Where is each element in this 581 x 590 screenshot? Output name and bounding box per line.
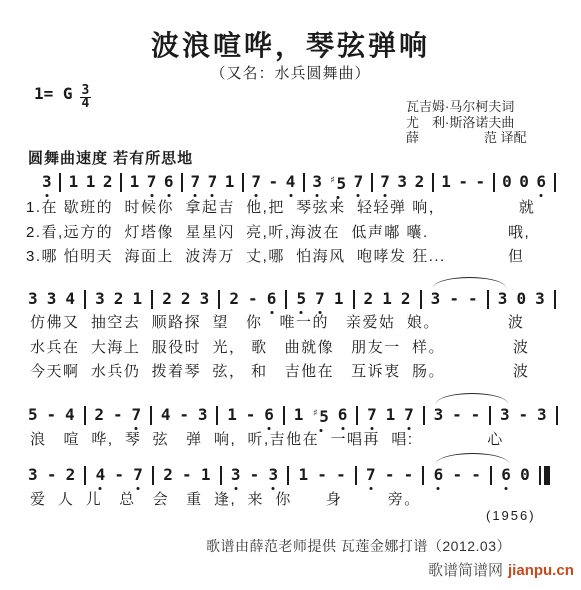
duration-dash: -: [179, 405, 189, 425]
rest-note: 0: [516, 289, 526, 309]
watermark-domain: jianpu.cn: [508, 562, 574, 579]
note: 3: [498, 289, 508, 309]
note: 7: [133, 465, 143, 485]
duration-dash: -: [468, 289, 478, 309]
barline: [120, 173, 122, 192]
note: 2: [66, 465, 76, 485]
note: 2: [94, 405, 104, 425]
note: 4: [96, 465, 106, 485]
note: 1: [201, 465, 211, 485]
note: 3: [198, 405, 208, 425]
time-signature: 34: [80, 85, 92, 110]
barline: [285, 290, 287, 309]
lyric-line-verse1: 1.在 歇班的 时候你 拿起吉 他,把 琴弦来 轻轻弹 响， 就: [26, 196, 571, 217]
note: 1: [334, 289, 344, 309]
note: 2: [401, 289, 411, 309]
duration-dash: -: [471, 405, 481, 425]
note: 7: [190, 172, 200, 192]
note: 7: [251, 172, 261, 192]
note: 1: [130, 172, 140, 192]
note: 3: [434, 405, 444, 425]
barline: [487, 290, 489, 309]
watermark-site-name: 歌谱简谱网: [428, 562, 503, 579]
note: 3: [268, 465, 278, 485]
note: 2: [114, 289, 124, 309]
watermark: 歌谱简谱网jianpu.cn: [428, 559, 574, 580]
lyric-line-refrain2: 爱 人 儿 总 会 重 逢, 来 你 身 旁。: [30, 488, 575, 509]
note: 3: [231, 465, 241, 485]
duration-dash: -: [250, 465, 260, 485]
sheet-music-page: 波浪喧哗，琴弦弹响 （又名：水兵圆舞曲） 1= G34 瓦吉姆·马尔柯夫词 尤 …: [0, 0, 581, 590]
duration-dash: -: [452, 405, 462, 425]
slur-arc: [436, 453, 509, 464]
sharp-sign: ♯: [312, 408, 318, 419]
note: 4: [286, 172, 296, 192]
note: 3: [28, 289, 38, 309]
duration-dash: -: [246, 405, 256, 425]
note: 5: [296, 289, 306, 309]
duration-dash: -: [519, 405, 529, 425]
duration-dash: -: [269, 172, 279, 192]
note: 3: [500, 405, 510, 425]
tempo-marking: 圆舞曲速度 若有所思地: [28, 147, 193, 168]
note: 2: [229, 289, 239, 309]
note: 2: [103, 172, 113, 192]
barline: [422, 466, 424, 485]
duration-dash: -: [458, 172, 468, 192]
notation-line-3: 5-42-74-31-61♯567173--3-3: [28, 403, 558, 427]
note: 2: [163, 465, 173, 485]
notation-line-2: 3343212232-65712123--303: [28, 287, 556, 311]
slur-arc: [433, 277, 506, 288]
barline: [84, 406, 86, 425]
barline: [218, 290, 220, 309]
lyric-line-verse3: 3.哪 怕明天 海面上 波涛万 丈,哪 怕海风 咆哮发 狂... 但: [26, 245, 571, 266]
note: ♯5: [312, 404, 329, 427]
barline: [423, 406, 425, 425]
note: 7: [208, 172, 218, 192]
note: 3: [28, 465, 38, 485]
note: ♯5: [329, 171, 346, 194]
note: 4: [65, 289, 75, 309]
barline: [371, 173, 373, 192]
key-signature: 1= G34: [34, 84, 91, 110]
note: 7: [367, 405, 377, 425]
barline: [181, 173, 183, 192]
note: 7: [404, 405, 414, 425]
barline: [151, 290, 153, 309]
year-label: (1956): [486, 508, 536, 523]
note: 1: [227, 405, 237, 425]
rest-note: 0: [502, 172, 512, 192]
note: 6: [264, 405, 274, 425]
note: 3: [95, 289, 105, 309]
rest-note: 0: [519, 172, 529, 192]
barline: [287, 466, 289, 485]
note: 2: [181, 289, 191, 309]
note: 3: [312, 172, 322, 192]
lyric-line-refrain1: 浪 喧 哗, 琴 弦 弹 响, 听,吉他在 一唱再 唱: 心: [30, 428, 575, 449]
note: 1: [298, 465, 308, 485]
note: 6: [536, 172, 546, 192]
barline: [283, 406, 285, 425]
credits-block: 瓦吉姆·马尔柯夫词 尤 利·斯洛诺夫曲 薛 范 译配: [406, 99, 556, 146]
note: 2: [162, 289, 172, 309]
barline: [303, 173, 305, 192]
barline: [220, 466, 222, 485]
note: 3: [431, 289, 441, 309]
barline: [150, 406, 152, 425]
note: 3: [535, 289, 545, 309]
note: 7: [380, 172, 390, 192]
barline: [493, 173, 495, 192]
lyricist-credit: 瓦吉姆·马尔柯夫词: [406, 99, 556, 115]
barline: [556, 406, 558, 425]
duration-dash: -: [182, 465, 192, 485]
note: 1: [132, 289, 142, 309]
lyric-line-verse2b: 水兵在 大海上 服役时 光， 歌 曲就像 朋友一 样。 波: [30, 336, 575, 357]
note: 3: [200, 289, 210, 309]
barline: [355, 466, 357, 485]
barline: [242, 173, 244, 192]
duration-dash: -: [114, 465, 124, 485]
barline: [420, 290, 422, 309]
note: 6: [164, 172, 174, 192]
barline: [216, 406, 218, 425]
barline: [59, 173, 61, 192]
duration-dash: -: [336, 465, 346, 485]
final-barline: [539, 466, 550, 485]
lyric-line-verse3b: 今天啊 水兵仍 拨着琴 弦， 和 吉他在 互诉衷 肠。 波: [30, 360, 575, 381]
duration-dash: -: [47, 405, 57, 425]
barline: [554, 290, 556, 309]
note: 2: [415, 172, 425, 192]
barline: [152, 466, 154, 485]
page-title: 波浪喧哗，琴弦弹响: [0, 24, 581, 64]
duration-dash: -: [385, 465, 395, 485]
rest-note: 0: [520, 465, 530, 485]
note: 2: [364, 289, 374, 309]
sharp-sign: ♯: [329, 175, 335, 186]
duration-dash: -: [471, 465, 481, 485]
duration-dash: -: [248, 289, 258, 309]
note: 3: [397, 172, 407, 192]
note: 3: [537, 405, 547, 425]
page-subtitle: （又名：水兵圆舞曲）: [0, 62, 581, 83]
note: 4: [161, 405, 171, 425]
note: 1: [69, 172, 79, 192]
note: 1: [386, 405, 396, 425]
barline: [84, 290, 86, 309]
note: 1: [225, 172, 235, 192]
note: 1: [86, 172, 96, 192]
barline: [490, 466, 492, 485]
provider-credit: 歌谱由薛范老师提供 瓦莲金娜打谱（2012.03）: [206, 536, 511, 556]
notation-line-4: 3-24-72-13-31--7--6--60: [28, 463, 550, 487]
translator-credit: 薛 范 译配: [406, 130, 556, 146]
note: 4: [65, 405, 75, 425]
note: 6: [338, 405, 348, 425]
note: 1: [441, 172, 451, 192]
duration-dash: -: [449, 289, 459, 309]
note: 5: [28, 405, 38, 425]
duration-dash: -: [47, 465, 57, 485]
note: 6: [434, 465, 444, 485]
note: 3: [47, 289, 57, 309]
notation-line-1: 31121767717-43♯577321--006: [42, 170, 556, 194]
duration-dash: -: [452, 465, 462, 485]
meter-denominator: 4: [80, 97, 92, 110]
note: 1: [294, 405, 304, 425]
slur-arc: [436, 393, 508, 404]
barline: [554, 173, 556, 192]
composer-credit: 尤 利·斯洛诺夫曲: [406, 115, 556, 131]
duration-dash: -: [475, 172, 485, 192]
note: 1: [382, 289, 392, 309]
note: 6: [501, 465, 511, 485]
note: 3: [42, 172, 52, 192]
barline: [489, 406, 491, 425]
duration-dash: -: [404, 465, 414, 485]
note: 6: [267, 289, 277, 309]
barline: [356, 406, 358, 425]
barline: [432, 173, 434, 192]
duration-dash: -: [113, 405, 123, 425]
note: 7: [366, 465, 376, 485]
note: 7: [131, 405, 141, 425]
lyric-line-verse2: 2.看,远方的 灯塔像 星星闪 亮,听,海波在 低声嘟 囔. 哦,: [26, 221, 571, 242]
note: 7: [354, 172, 364, 192]
note: 7: [315, 289, 325, 309]
barline: [84, 466, 86, 485]
barline: [353, 290, 355, 309]
duration-dash: -: [317, 465, 327, 485]
lyric-line-verse1b: 仿佛又 抽空去 顺路探 望 你 唯一的 亲爱姑 娘。 波: [30, 311, 575, 332]
key-root: 1= G: [34, 84, 73, 103]
note: 7: [147, 172, 157, 192]
